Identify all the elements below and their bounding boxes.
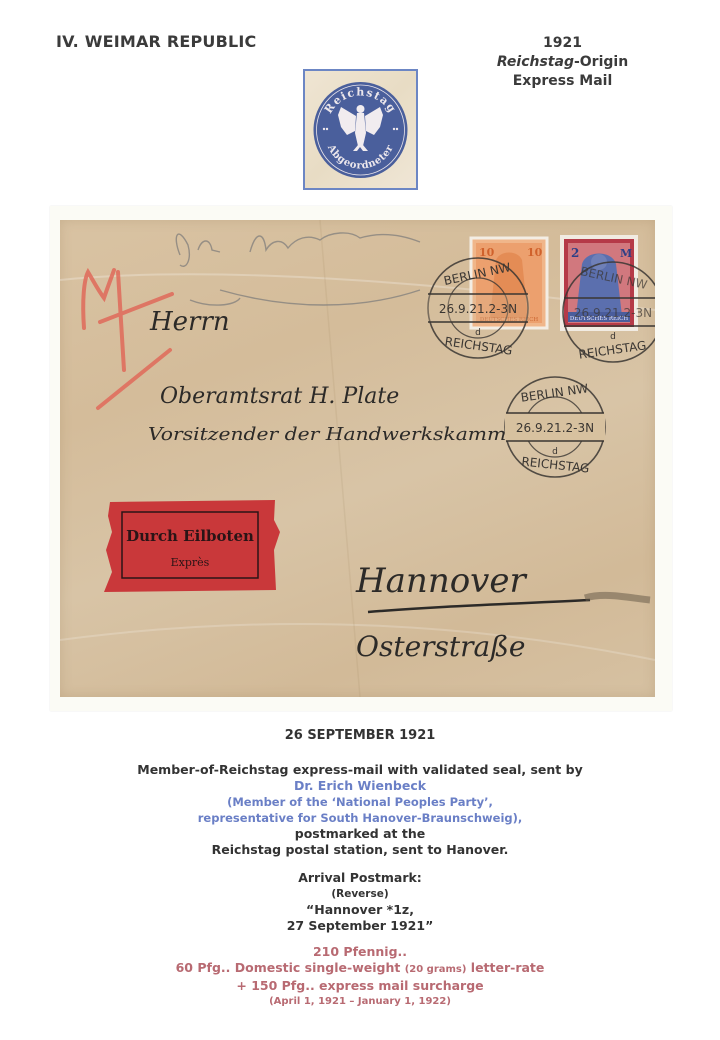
svg-text:d: d	[475, 328, 481, 338]
reichstag-seal: Reichstag Abgeordneter	[303, 69, 418, 190]
svg-text:10: 10	[527, 246, 543, 259]
header-year: 1921	[470, 34, 655, 53]
arrival-line2: 27 September 1921”	[0, 918, 720, 934]
express-label: Durch Eilboten Exprès	[104, 500, 280, 592]
rate-total: 210 Pfennig..	[0, 944, 720, 960]
svg-text:REICHSTAG: REICHSTAG	[521, 454, 590, 475]
address-street: Osterstraße	[356, 630, 526, 663]
subtitle-rest: -Origin	[574, 54, 628, 70]
arrival-title: Arrival Postmark:	[0, 870, 720, 886]
svg-text:Exprès: Exprès	[171, 556, 210, 569]
header-subtitle: Reichstag-Origin	[470, 53, 655, 72]
section-title: IV. WEIMAR REPUBLIC	[56, 32, 257, 51]
address-salutation: Herrn	[149, 307, 230, 337]
desc-line2: postmarked at the	[0, 826, 720, 842]
address-line2: Vorsitzender der Handwerkskammer	[148, 424, 530, 445]
desc-line3: Reichstag postal station, sent to Hanove…	[0, 842, 720, 858]
svg-text:10: 10	[479, 246, 495, 259]
svg-text:M: M	[620, 247, 632, 260]
header-subtitle-line2: Express Mail	[470, 72, 655, 91]
address-line1: Oberamtsrat H. Plate	[160, 384, 399, 409]
red-crayon-mark	[83, 270, 172, 408]
postmark-3: 26.9.21.2-3N BERLIN NW d REICHSTAG	[505, 377, 605, 477]
address-city: Hannover	[355, 561, 528, 601]
arrival-line1: “Hannover *1z,	[0, 902, 720, 918]
svg-text:BERLIN NW: BERLIN NW	[520, 381, 589, 404]
svg-text:26.9.21.2-3N: 26.9.21.2-3N	[516, 421, 594, 435]
svg-text:2: 2	[571, 246, 579, 260]
postage-rate-info: 210 Pfennig.. 60 Pfg.. Domestic single-w…	[0, 944, 720, 1010]
desc-line1: Member-of-Reichstag express-mail with va…	[0, 762, 720, 778]
cover-date: 26 SEPTEMBER 1921	[0, 728, 720, 743]
subtitle-italic: Reichstag	[497, 54, 574, 70]
sender-note1: (Member of the ‘National Peoples Party’,	[0, 794, 720, 810]
svg-text:Durch Eilboten: Durch Eilboten	[126, 527, 254, 545]
header-info: 1921 Reichstag-Origin Express Mail	[470, 34, 655, 91]
rate-period: (April 1, 1921 – January 1, 1922)	[0, 994, 720, 1010]
pencil-annotation	[176, 233, 420, 305]
sender-name: Dr. Erich Wienbeck	[0, 778, 720, 794]
sender-note2: representative for South Hanover-Braunsc…	[0, 810, 720, 826]
postmark-1: 26.9.21.2-3N BERLIN NW d REICHSTAG	[426, 258, 530, 358]
rate-line2: + 150 Pfg.. express mail surcharge	[0, 978, 720, 994]
arrival-side: (Reverse)	[0, 886, 720, 902]
svg-text:d: d	[610, 332, 616, 342]
arrival-postmark-info: Arrival Postmark: (Reverse) “Hannover *1…	[0, 870, 720, 934]
cover-description: Member-of-Reichstag express-mail with va…	[0, 762, 720, 858]
envelope-cover: Herrn Oberamtsrat H. Plate Vorsitzender …	[60, 220, 655, 697]
svg-text:26.9.21.2-3N: 26.9.21.2-3N	[439, 302, 517, 316]
postmark-2: 26.9.21.2-3N BERLIN NW d REICHSTAG	[563, 262, 655, 362]
rate-line1: 60 Pfg.. Domestic single-weight (20 gram…	[0, 960, 720, 978]
svg-text:d: d	[552, 447, 558, 457]
svg-text:26.9.21.2-3N: 26.9.21.2-3N	[574, 306, 652, 320]
